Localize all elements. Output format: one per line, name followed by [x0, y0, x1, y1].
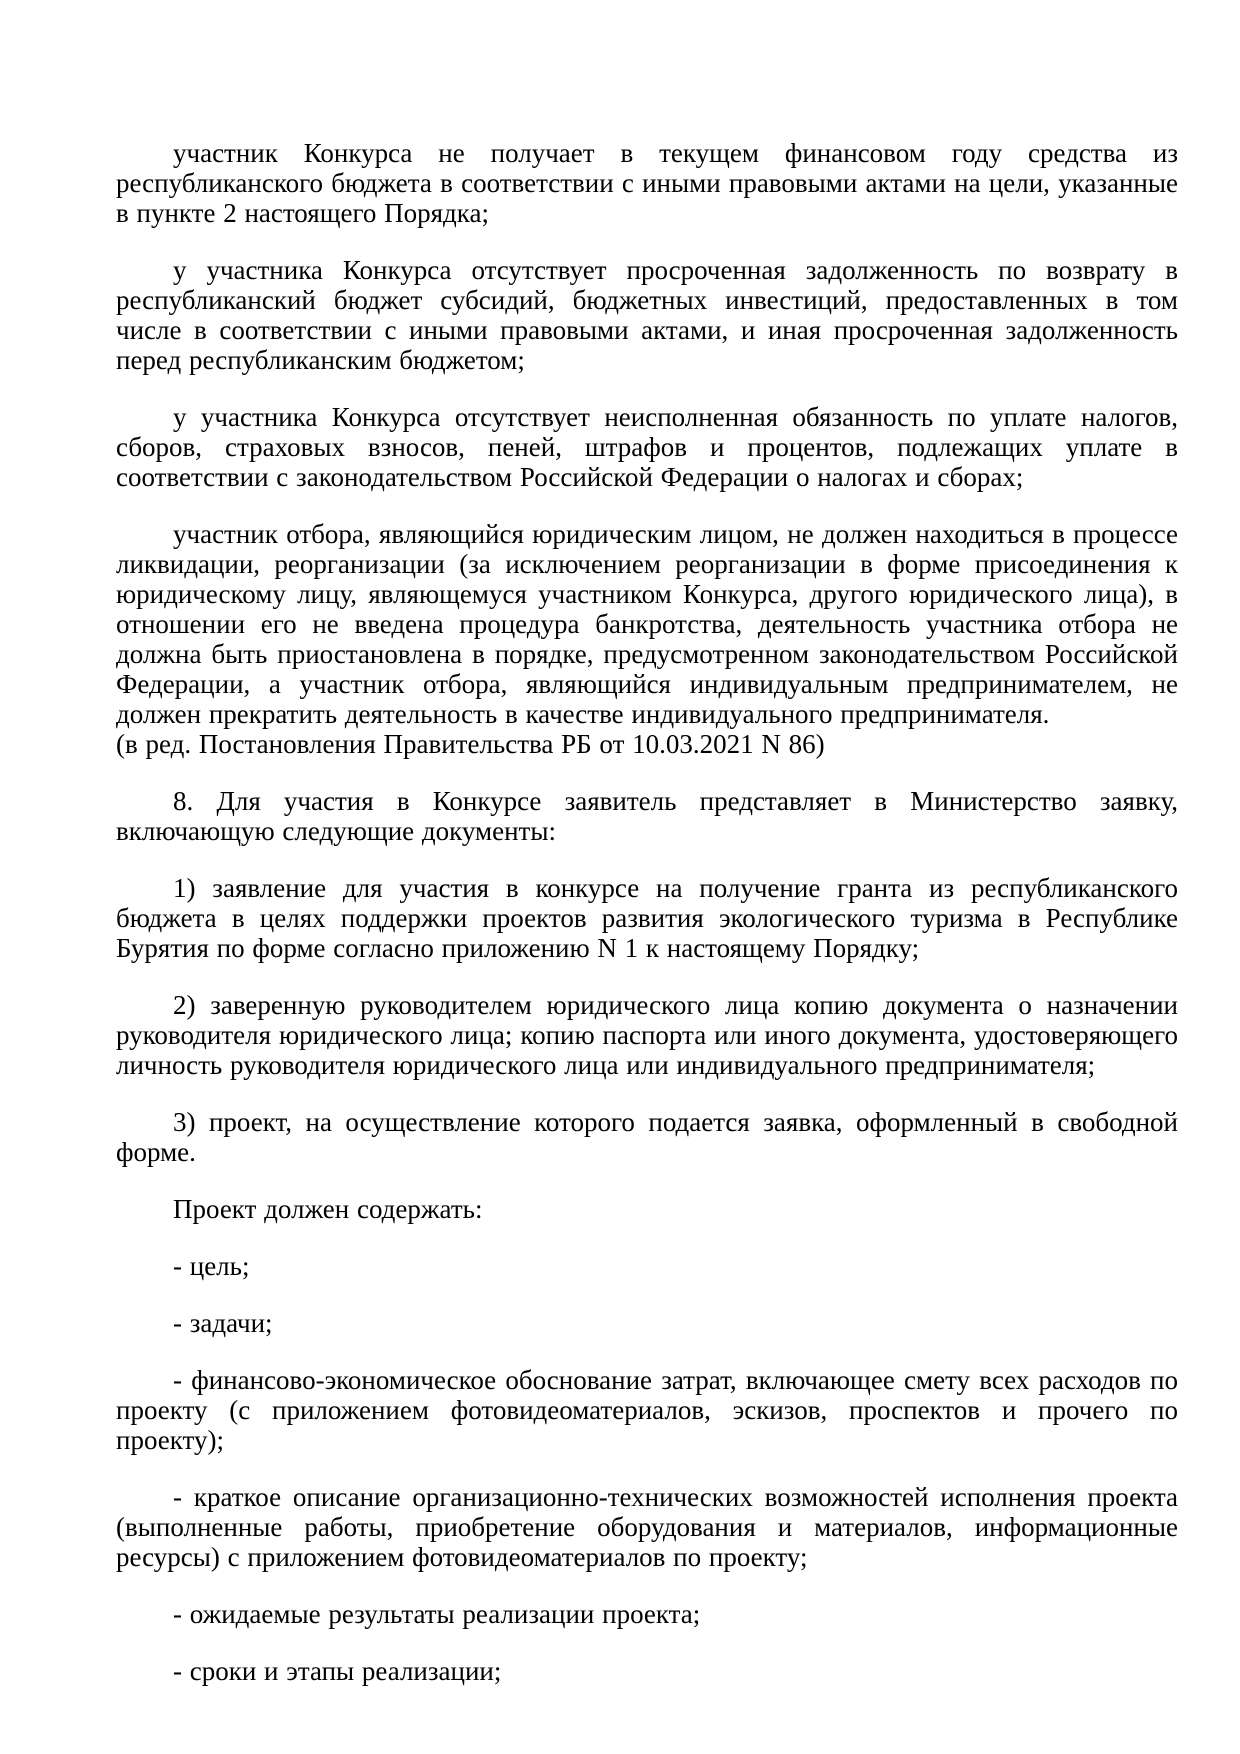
list-item-2-certified-copies: 2) заверенную руководителем юридического…: [116, 990, 1178, 1080]
list-item-tasks: - задачи;: [116, 1308, 1178, 1338]
list-item-org-tech-description: - краткое описание организационно-технич…: [116, 1482, 1178, 1572]
paragraph-no-unpaid-taxes: у участника Конкурса отсутствует неиспол…: [116, 402, 1178, 492]
list-item-3-project: 3) проект, на осуществление которого под…: [116, 1107, 1178, 1167]
list-item-1-application: 1) заявление для участия в конкурсе на п…: [116, 873, 1178, 963]
paragraph-no-current-year-funds: участник Конкурса не получает в текущем …: [116, 138, 1178, 228]
amendment-note: (в ред. Постановления Правительства РБ о…: [116, 729, 1178, 759]
paragraph-point-8-intro: 8. Для участия в Конкурсе заявитель пред…: [116, 786, 1178, 846]
paragraph-project-must-contain: Проект должен содержать:: [116, 1194, 1178, 1224]
paragraph-no-overdue-debt: у участника Конкурса отсутствует просроч…: [116, 255, 1178, 375]
list-item-expected-results: - ожидаемые результаты реализации проект…: [116, 1599, 1178, 1629]
list-item-goal: - цель;: [116, 1251, 1178, 1281]
list-item-timeline-stages: - сроки и этапы реализации;: [116, 1656, 1178, 1686]
paragraph-no-liquidation: участник отбора, являющийся юридическим …: [116, 519, 1178, 729]
document-page: участник Конкурса не получает в текущем …: [0, 0, 1240, 1754]
document-body: участник Конкурса не получает в текущем …: [116, 138, 1178, 1713]
list-item-financial-justification: - финансово-экономическое обоснование за…: [116, 1365, 1178, 1455]
